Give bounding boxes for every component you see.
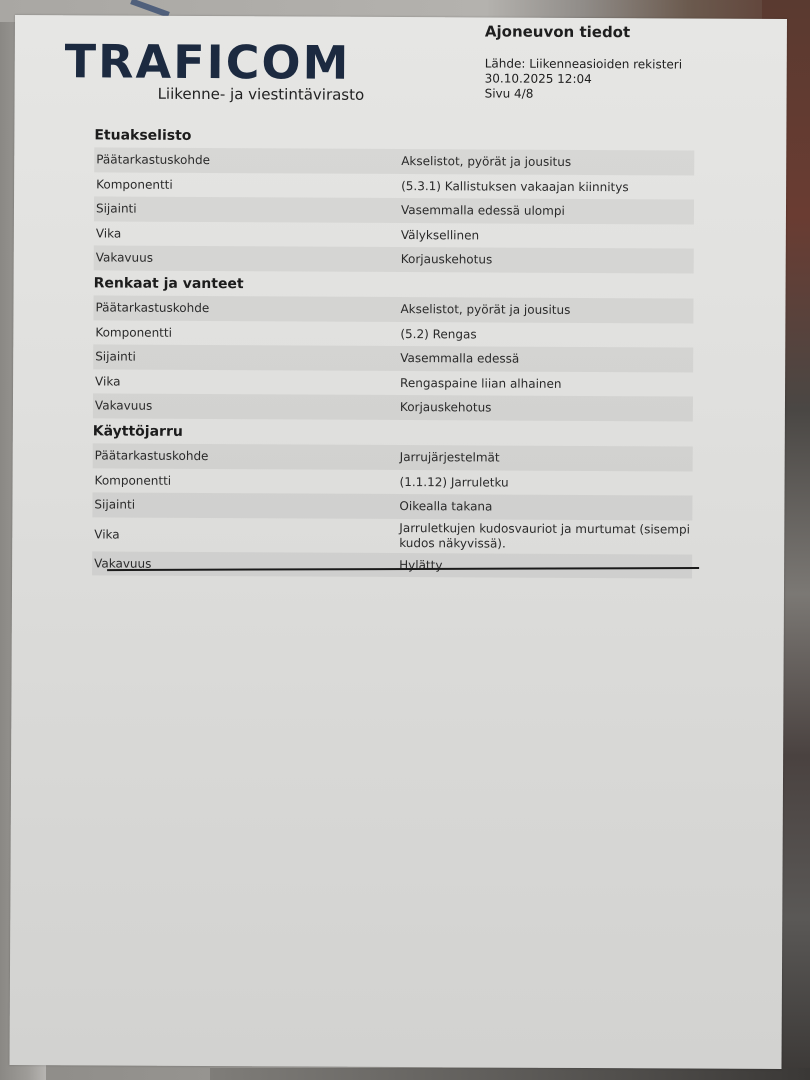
row-value: (1.1.12) Jarruletku (400, 475, 693, 491)
row-label: Komponentti (93, 325, 400, 341)
row-label: Vika (93, 374, 400, 390)
section-title: Renkaat ja vanteet (94, 275, 694, 294)
background-bottom (210, 1068, 810, 1080)
section-table: PäätarkastuskohdeAkselistot, pyörät ja j… (94, 147, 695, 273)
row-label: Päätarkastuskohde (93, 449, 400, 465)
page-number: Sivu 4/8 (485, 86, 682, 102)
row-label: Sijainti (93, 350, 400, 366)
table-row: Komponentti(5.2) Rengas (93, 320, 693, 348)
row-value: Akselistot, pyörät ja jousitus (401, 154, 694, 170)
document-page: TRAFICOM Liikenne- ja viestintävirasto A… (10, 15, 787, 1069)
section-etuakselisto: Etuakselisto PäätarkastuskohdeAkselistot… (94, 127, 695, 273)
table-row: VakavuusHylätty (92, 551, 692, 579)
row-label: Vakavuus (94, 251, 401, 267)
table-row: PäätarkastuskohdeJarrujärjestelmät (93, 443, 693, 471)
table-row: SijaintiOikealla takana (92, 492, 692, 520)
source-line: Lähde: Liikenneasioiden rekisteri (485, 56, 682, 72)
row-label: Päätarkastuskohde (93, 301, 400, 317)
section-title: Etuakselisto (94, 127, 694, 146)
row-value: Vasemmalla edessä (400, 351, 693, 367)
table-row: VakavuusKorjauskehotus (93, 393, 693, 421)
logo-wordmark: TRAFICOM (65, 37, 351, 86)
row-label: Päätarkastuskohde (94, 153, 401, 169)
section-title: Käyttöjarru (93, 423, 693, 442)
section-kayttojarru: Käyttöjarru PäätarkastuskohdeJarrujärjes… (92, 423, 693, 578)
table-row: SijaintiVasemmalla edessä (93, 344, 693, 372)
row-label: Vika (92, 527, 399, 543)
row-label: Vika (94, 226, 401, 242)
row-value: Korjauskehotus (400, 400, 693, 416)
row-label: Sijainti (92, 498, 399, 514)
section-table: PäätarkastuskohdeAkselistot, pyörät ja j… (93, 295, 694, 421)
document-title: Ajoneuvon tiedot (485, 22, 682, 41)
row-label: Komponentti (93, 473, 400, 489)
row-value: Akselistot, pyörät ja jousitus (400, 302, 693, 318)
table-row: Komponentti(1.1.12) Jarruletku (93, 468, 693, 496)
table-row: Komponentti(5.3.1) Kallistuksen vakaajan… (94, 172, 694, 200)
table-row: VikaVälyksellinen (94, 221, 694, 249)
logo-subtitle: Liikenne- ja viestintävirasto (158, 85, 365, 104)
document-header: Ajoneuvon tiedot Lähde: Liikenneasioiden… (485, 22, 683, 102)
row-value: Hylätty (399, 558, 692, 574)
section-table: PäätarkastuskohdeJarrujärjestelmät Kompo… (92, 443, 693, 578)
row-value: Korjauskehotus (401, 252, 694, 268)
row-label: Sijainti (94, 202, 401, 218)
row-value: Vasemmalla edessä ulompi (401, 203, 694, 219)
traficom-logo: TRAFICOM Liikenne- ja viestintävirasto (65, 37, 351, 86)
row-value: Jarrujärjestelmät (400, 450, 693, 466)
table-row: VakavuusKorjauskehotus (94, 245, 694, 273)
row-label: Vakavuus (93, 399, 400, 415)
section-renkaat-ja-vanteet: Renkaat ja vanteet PäätarkastuskohdeAkse… (93, 275, 694, 421)
row-value: Jarruletkujen kudosvauriot ja murtumat (… (399, 521, 692, 553)
table-row: PäätarkastuskohdeAkselistot, pyörät ja j… (93, 295, 693, 323)
row-value: Rengaspaine liian alhainen (400, 376, 693, 392)
row-value: Välyksellinen (401, 228, 694, 244)
datetime-line: 30.10.2025 12:04 (485, 71, 682, 87)
row-value: (5.3.1) Kallistuksen vakaajan kiinnitys (401, 179, 694, 195)
row-value: (5.2) Rengas (400, 327, 693, 343)
row-label: Komponentti (94, 177, 401, 193)
table-row: SijaintiVasemmalla edessä ulompi (94, 196, 694, 224)
table-row: PäätarkastuskohdeAkselistot, pyörät ja j… (94, 147, 694, 175)
row-value: Oikealla takana (399, 499, 692, 515)
table-row: VikaJarruletkujen kudosvauriot ja murtum… (92, 517, 692, 554)
table-row: VikaRengaspaine liian alhainen (93, 369, 693, 397)
